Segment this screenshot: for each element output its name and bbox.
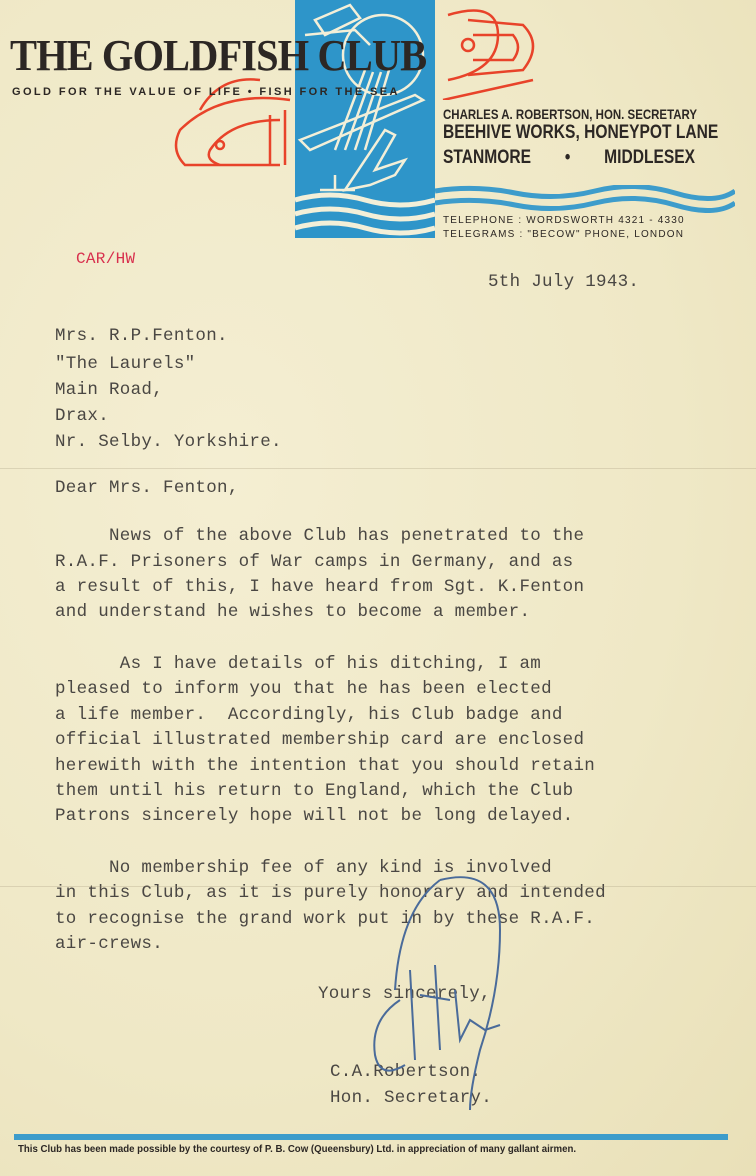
salutation: Dear Mrs. Fenton, bbox=[55, 476, 239, 501]
paragraph-2-line: them until his return to England, which … bbox=[55, 779, 573, 804]
town: STANMORE bbox=[443, 147, 531, 169]
paragraph-1-line: and understand he wishes to become a mem… bbox=[55, 600, 530, 625]
waves-divider-icon bbox=[435, 185, 735, 213]
paragraph-2-line: a life member. Accordingly, his Club bad… bbox=[55, 703, 563, 728]
secretary-name: CHARLES A. ROBERTSON, HON. SECRETARY bbox=[443, 106, 697, 122]
club-title: THE GOLDFISH CLUB bbox=[10, 30, 426, 81]
address-line: "The Laurels" bbox=[55, 350, 195, 378]
telegrams-line: TELEGRAMS : "BECOW" PHONE, LONDON bbox=[443, 229, 684, 240]
paragraph-2-line: herewith with the intention that you sho… bbox=[55, 754, 595, 779]
letter-date: 5th July 1943. bbox=[488, 272, 639, 292]
goldfish-right-icon bbox=[438, 0, 548, 100]
address-line: Main Road, bbox=[55, 376, 163, 404]
address-line: Drax. bbox=[55, 402, 109, 430]
letter-page: THE GOLDFISH CLUB GOLD FOR THE VALUE OF … bbox=[0, 0, 756, 1176]
footer-note: This Club has been made possible by the … bbox=[18, 1143, 576, 1155]
paragraph-2-line: official illustrated membership card are… bbox=[55, 728, 584, 753]
paragraph-2-line: As I have details of his ditching, I am bbox=[55, 652, 541, 677]
county: MIDDLESEX bbox=[604, 147, 695, 169]
goldfish-left-icon bbox=[160, 70, 300, 170]
paragraph-1-line: R.A.F. Prisoners of War camps in Germany… bbox=[55, 550, 573, 575]
paragraph-3-line: air-crews. bbox=[55, 932, 163, 957]
paragraph-1-line: a result of this, I have heard from Sgt.… bbox=[55, 575, 584, 600]
club-motto: GOLD FOR THE VALUE OF LIFE • FISH FOR TH… bbox=[12, 86, 400, 98]
paragraph-1-line: News of the above Club has penetrated to… bbox=[55, 524, 584, 549]
reference-code: CAR/HW bbox=[76, 250, 135, 268]
address-line: Nr. Selby. Yorkshire. bbox=[55, 428, 282, 456]
works-address: BEEHIVE WORKS, HONEYPOT LANE bbox=[443, 122, 718, 144]
paragraph-2-line: Patrons sincerely hope will not be long … bbox=[55, 804, 573, 829]
telephone-line: TELEPHONE : WORDSWORTH 4321 - 4330 bbox=[443, 215, 685, 226]
footer-rule bbox=[14, 1134, 728, 1140]
paragraph-2-line: pleased to inform you that he has been e… bbox=[55, 677, 552, 702]
bullet-separator: • bbox=[565, 147, 570, 169]
town-line: STANMORE • MIDDLESEX bbox=[443, 147, 722, 169]
handwritten-signature-icon bbox=[360, 870, 560, 1110]
paper-fold bbox=[0, 468, 756, 469]
address-line: Mrs. R.P.Fenton. bbox=[55, 322, 228, 350]
